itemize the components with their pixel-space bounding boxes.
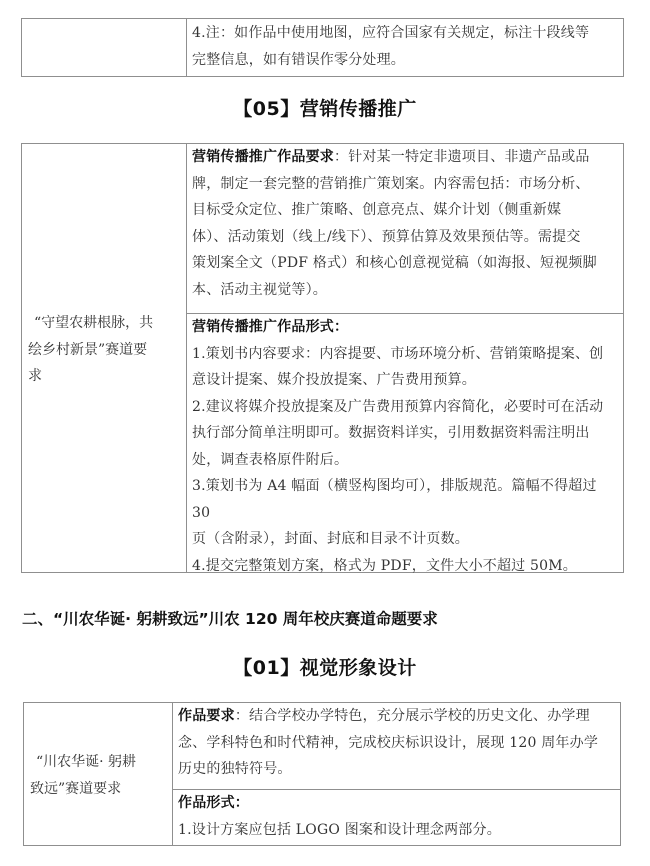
form-line: 执行部分简单注明即可。数据资料详实，引用数据资料需注明出 — [192, 420, 617, 447]
track-label-line-3: 求 — [28, 363, 180, 390]
requirements-line: 念、学科特色和时代精神，完成校庆标识设计，展现 120 周年办学 — [178, 730, 614, 757]
table-right-cell: 4.注：如作品中使用地图，应符合国家有关规定，标注十段线等 完整信息，如有错误作… — [186, 19, 623, 76]
track-label: “川农华诞· 躬耕 致远”赛道要求 — [24, 749, 172, 802]
table-left-cell-empty — [22, 19, 187, 76]
form-line: 意设计提案、媒介投放提案、广告费用预算。 — [192, 367, 617, 394]
form-cell: 营销传播推广作品形式： 1.策划书内容要求：内容提要、市场环境分析、营销策略提案… — [186, 313, 623, 572]
track-label-line-1: “守望农耕根脉，共 — [28, 310, 180, 337]
requirements-label: 作品要求 — [178, 708, 235, 724]
form-label: 作品形式： — [178, 790, 614, 817]
table-left-cell: “川农华诞· 躬耕 致远”赛道要求 — [24, 703, 173, 845]
requirements-line: 本、活动主视觉等）。 — [192, 277, 617, 304]
section-two-heading: 二、“川农华诞· 躬耕致远”川农 120 周年校庆赛道命题要求 — [22, 607, 438, 629]
table-map-note: 4.注：如作品中使用地图，应符合国家有关规定，标注十段线等 完整信息，如有错误作… — [21, 18, 624, 77]
note-line-2: 完整信息，如有错误作零分处理。 — [192, 47, 617, 74]
note-line-1: 4.注：如作品中使用地图，应符合国家有关规定，标注十段线等 — [192, 20, 617, 47]
form-line: 处，调查表格原件附后。 — [192, 447, 617, 474]
form-line: 1.设计方案应包括 LOGO 图案和设计理念两部分。 — [178, 817, 614, 844]
table-marketing: “守望农耕根脉，共 绘乡村新景”赛道要 求 营销传播推广作品要求：针对某一特定非… — [21, 143, 624, 573]
requirements-first-line-text: ：针对某一特定非遗项目、非遗产品或品 — [334, 149, 590, 165]
requirements-label: 营销传播推广作品要求 — [192, 149, 334, 165]
form-line: 2.建议将媒介投放提案及广告费用预算内容简化，必要时可在活动 — [192, 394, 617, 421]
requirements-first-line: 作品要求：结合学校办学特色，充分展示学校的历史文化、办学理 — [178, 703, 614, 730]
requirements-line: 目标受众定位、推广策略、创意亮点、媒介计划（侧重新媒 — [192, 197, 617, 224]
requirements-first-line-text: ：结合学校办学特色，充分展示学校的历史文化、办学理 — [235, 708, 590, 724]
requirements-cell: 营销传播推广作品要求：针对某一特定非遗项目、非遗产品或品 牌，制定一套完整的营销… — [186, 144, 623, 314]
table-left-cell: “守望农耕根脉，共 绘乡村新景”赛道要 求 — [22, 144, 187, 572]
form-line: 3.策划书为 A4 幅面（横竖构图均可），排版规范。篇幅不得超过 30 — [192, 473, 617, 526]
requirements-cell: 作品要求：结合学校办学特色，充分展示学校的历史文化、办学理 念、学科特色和时代精… — [172, 703, 620, 790]
form-line: 4.提交完整策划方案，格式为 PDF，文件大小不超过 50M。 — [192, 553, 617, 580]
table-visual-identity: “川农华诞· 躬耕 致远”赛道要求 作品要求：结合学校办学特色，充分展示学校的历… — [23, 702, 621, 846]
track-label-line-1: “川农华诞· 躬耕 — [30, 749, 166, 776]
track-label-line-2: 致远”赛道要求 — [30, 776, 166, 803]
section-heading-01: 【01】视觉形象设计 — [0, 653, 650, 680]
track-label-line-2: 绘乡村新景”赛道要 — [28, 337, 180, 364]
requirements-line: 牌，制定一套完整的营销推广策划案。内容需包括：市场分析、 — [192, 171, 617, 198]
section-heading-05: 【05】营销传播推广 — [0, 94, 650, 121]
requirements-first-line: 营销传播推广作品要求：针对某一特定非遗项目、非遗产品或品 — [192, 144, 617, 171]
form-line: 页（含附录），封面、封底和目录不计页数。 — [192, 526, 617, 553]
requirements-line: 历史的独特符号。 — [178, 756, 614, 783]
form-line: 1.策划书内容要求：内容提要、市场环境分析、营销策略提案、创 — [192, 341, 617, 368]
form-cell: 作品形式： 1.设计方案应包括 LOGO 图案和设计理念两部分。 — [172, 789, 620, 845]
requirements-line: 体）、活动策划（线上/线下）、预算估算及效果预估等。需提交 — [192, 224, 617, 251]
requirements-line: 策划案全文（PDF 格式）和核心创意视觉稿（如海报、短视频脚 — [192, 250, 617, 277]
track-label: “守望农耕根脉，共 绘乡村新景”赛道要 求 — [22, 310, 186, 390]
form-label: 营销传播推广作品形式： — [192, 314, 617, 341]
